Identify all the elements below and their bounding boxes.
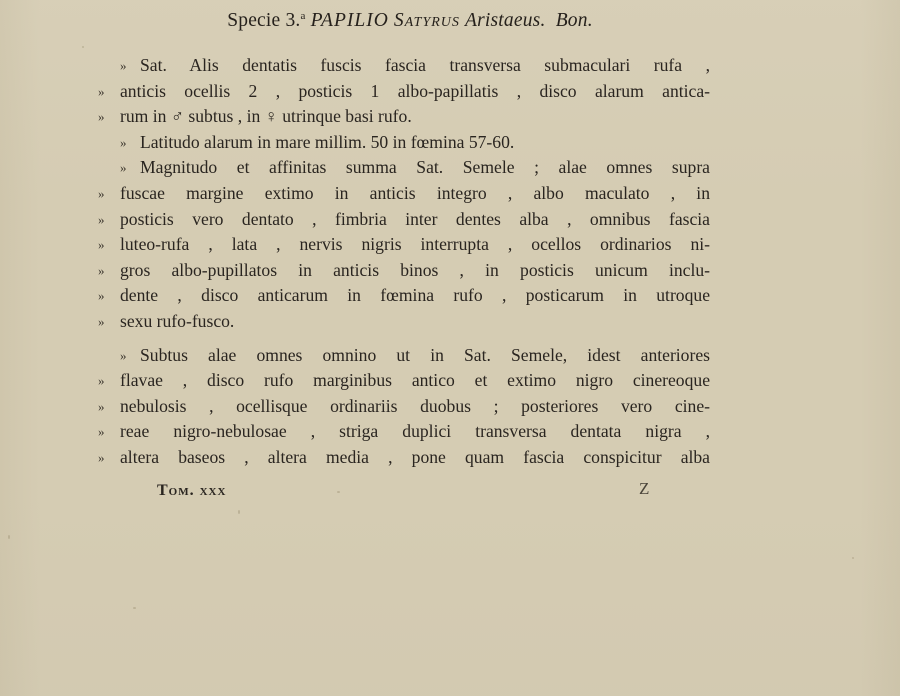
subgenus-name: Satyrus xyxy=(394,10,460,31)
text-line: » altera baseos , altera media , pone qu… xyxy=(98,445,710,471)
line-text: posticis vero dentato , fimbria inter de… xyxy=(120,207,710,233)
quotation-mark: » xyxy=(98,79,105,105)
text-line: » Magnitudo et affinitas summa Sat. Seme… xyxy=(98,155,710,181)
line-text: flavae , disco rufo marginibus antico et… xyxy=(120,368,710,394)
quotation-mark: » xyxy=(98,258,105,284)
volume-label: Tom. xxx xyxy=(157,482,226,499)
line-text: nebulosis , ocellisque ordinariis duobus… xyxy=(120,394,710,420)
species-name: Aristaeus. xyxy=(465,10,546,31)
line-text: Sat. Alis dentatis fuscis fascia transve… xyxy=(120,53,710,79)
quotation-mark: » xyxy=(98,394,105,420)
species-description: » Sat. Alis dentatis fuscis fascia trans… xyxy=(98,53,710,471)
line-text: Subtus alae omnes omnino ut in Sat. Seme… xyxy=(120,343,710,369)
text-line: » fuscae margine extimo in anticis integ… xyxy=(98,181,710,207)
text-line: » Sat. Alis dentatis fuscis fascia trans… xyxy=(98,53,710,79)
page-header: Specie 3.a PAPILIO Satyrus Aristaeus. Bo… xyxy=(0,10,820,32)
quotation-mark: » xyxy=(98,207,105,233)
line-text: fuscae margine extimo in anticis integro… xyxy=(120,181,710,207)
text-line: » nebulosis , ocellisque ordinariis duob… xyxy=(98,394,710,420)
species-number: Specie 3. xyxy=(227,10,300,31)
text-line: » sexu rufo-fusco. xyxy=(98,309,710,335)
text-line: » Latitudo alarum in mare millim. 50 in … xyxy=(98,130,710,156)
line-text: anticis ocellis 2 , posticis 1 albo-papi… xyxy=(120,79,710,105)
page-footer: Tom. xxx Z xyxy=(157,482,657,500)
text-line: » flavae , disco rufo marginibus antico … xyxy=(98,368,710,394)
line-text: reae nigro-nebulosae , striga duplici tr… xyxy=(120,419,710,445)
line-text: luteo-rufa , lata , nervis nigris interr… xyxy=(120,232,710,258)
line-text: dente , disco anticarum in fœmina rufo ,… xyxy=(120,283,710,309)
quotation-mark: » xyxy=(98,445,105,471)
line-text: altera baseos , altera media , pone quam… xyxy=(120,445,710,471)
signature-mark: Z xyxy=(639,479,649,499)
text-line: » gros albo-pupillatos in anticis binos … xyxy=(98,258,710,284)
quotation-mark: » xyxy=(120,130,127,156)
paper-speck xyxy=(337,491,340,493)
line-text: Latitudo alarum in mare millim. 50 in fœ… xyxy=(120,130,710,156)
quotation-mark: » xyxy=(98,232,105,258)
text-line: » posticis vero dentato , fimbria inter … xyxy=(98,207,710,233)
quotation-mark: » xyxy=(98,104,105,130)
text-line: » Subtus alae omnes omnino ut in Sat. Se… xyxy=(98,343,710,369)
paper-speck xyxy=(852,557,854,559)
text-line: » reae nigro-nebulosae , striga duplici … xyxy=(98,419,710,445)
quotation-mark: » xyxy=(98,181,105,207)
quotation-mark: » xyxy=(98,283,105,309)
text-line: » luteo-rufa , lata , nervis nigris inte… xyxy=(98,232,710,258)
line-text: sexu rufo-fusco. xyxy=(120,309,710,335)
line-text: rum in ♂ subtus , in ♀ utrinque basi ruf… xyxy=(120,104,710,130)
quotation-mark: » xyxy=(120,343,127,369)
paper-speck xyxy=(8,535,10,539)
quotation-mark: » xyxy=(98,309,105,335)
paper-speck xyxy=(238,510,240,514)
quotation-mark: » xyxy=(98,419,105,445)
book-page: Specie 3.a PAPILIO Satyrus Aristaeus. Bo… xyxy=(0,0,900,696)
genus-name: PAPILIO xyxy=(311,10,389,31)
quotation-mark: » xyxy=(120,53,127,79)
ordinal-superscript: a xyxy=(300,10,305,22)
author-abbrev: Bon. xyxy=(556,10,593,31)
paper-speck xyxy=(82,46,84,48)
text-line: » anticis ocellis 2 , posticis 1 albo-pa… xyxy=(98,79,710,105)
paper-speck xyxy=(133,607,136,609)
quotation-mark: » xyxy=(120,155,127,181)
text-line: » rum in ♂ subtus , in ♀ utrinque basi r… xyxy=(98,104,710,130)
text-line: » dente , disco anticarum in fœmina rufo… xyxy=(98,283,710,309)
line-text: Magnitudo et affinitas summa Sat. Semele… xyxy=(120,155,710,181)
quotation-mark: » xyxy=(98,368,105,394)
line-text: gros albo-pupillatos in anticis binos , … xyxy=(120,258,710,284)
